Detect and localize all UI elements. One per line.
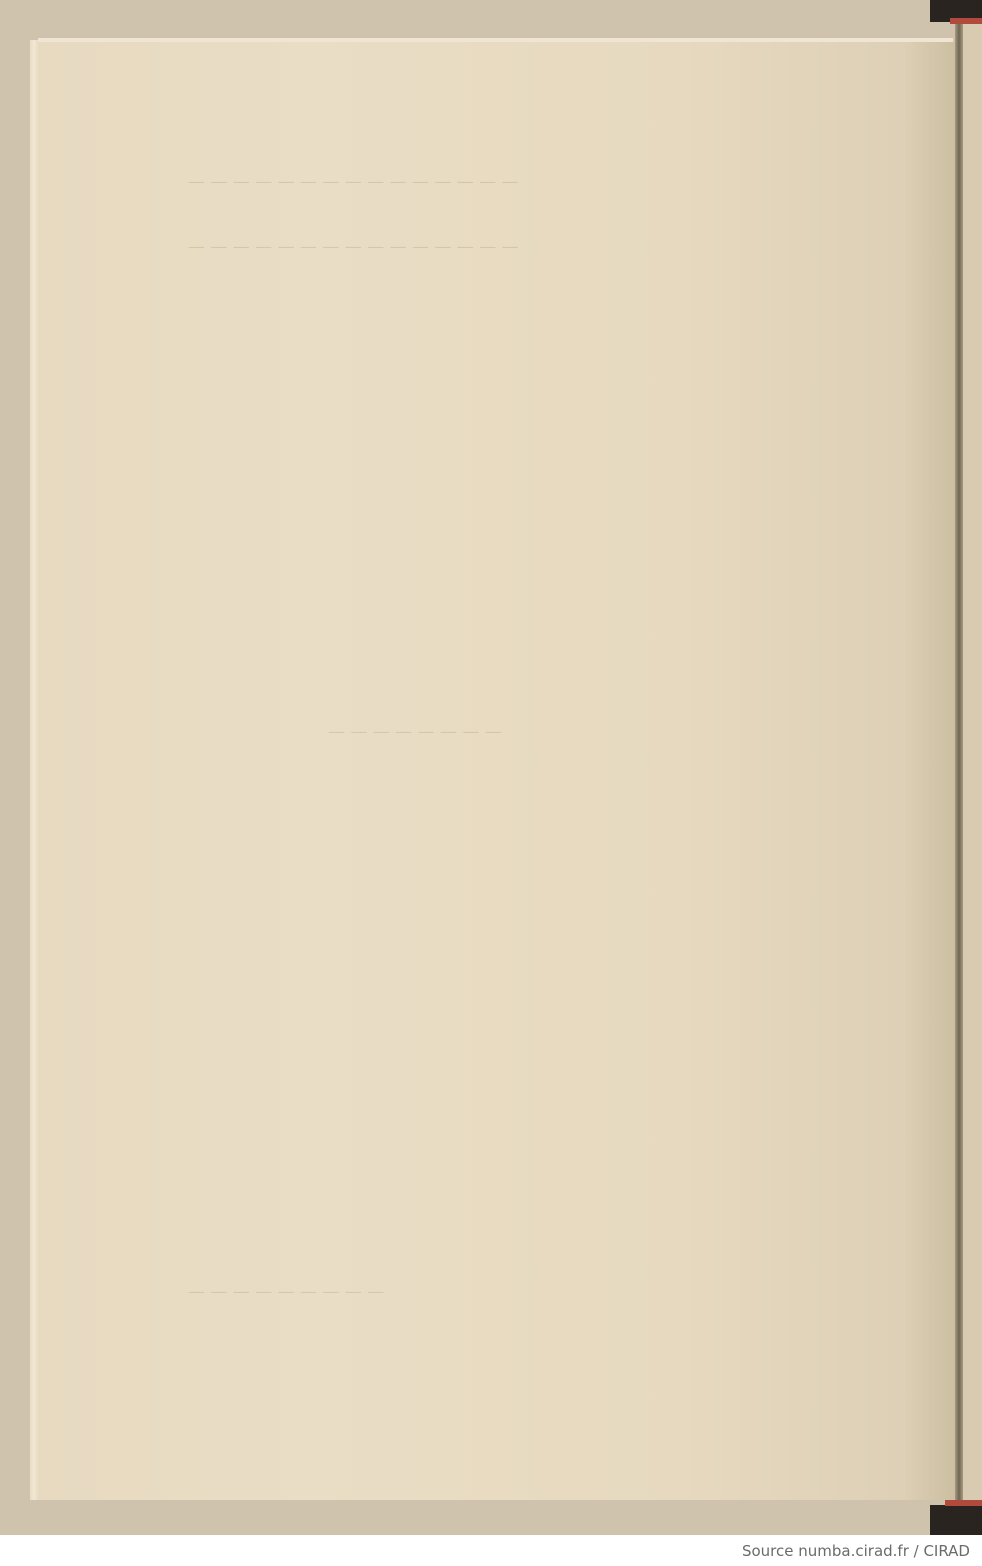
scanned-image: — — — — — — — — — — — — — — — — — — — — … <box>0 0 982 1535</box>
bleed-through-text: — — — — — — — — — — — — — — — <box>188 172 519 192</box>
facing-page-edge <box>963 0 982 1535</box>
bleed-through-heading: — — — — — — — — <box>328 722 502 742</box>
blank-page: — — — — — — — — — — — — — — — — — — — — … <box>38 42 958 1500</box>
binding-top-accent <box>950 18 982 24</box>
bleed-through-text: — — — — — — — — — — — — — — — <box>188 237 519 257</box>
binding-bottom <box>930 1505 982 1535</box>
book-gutter <box>955 0 963 1535</box>
binding-bottom-accent <box>945 1500 982 1506</box>
source-credit: Source numba.cirad.fr / CIRAD <box>742 1542 970 1560</box>
bleed-through-footnote: — — — — — — — — — <box>188 1282 384 1302</box>
